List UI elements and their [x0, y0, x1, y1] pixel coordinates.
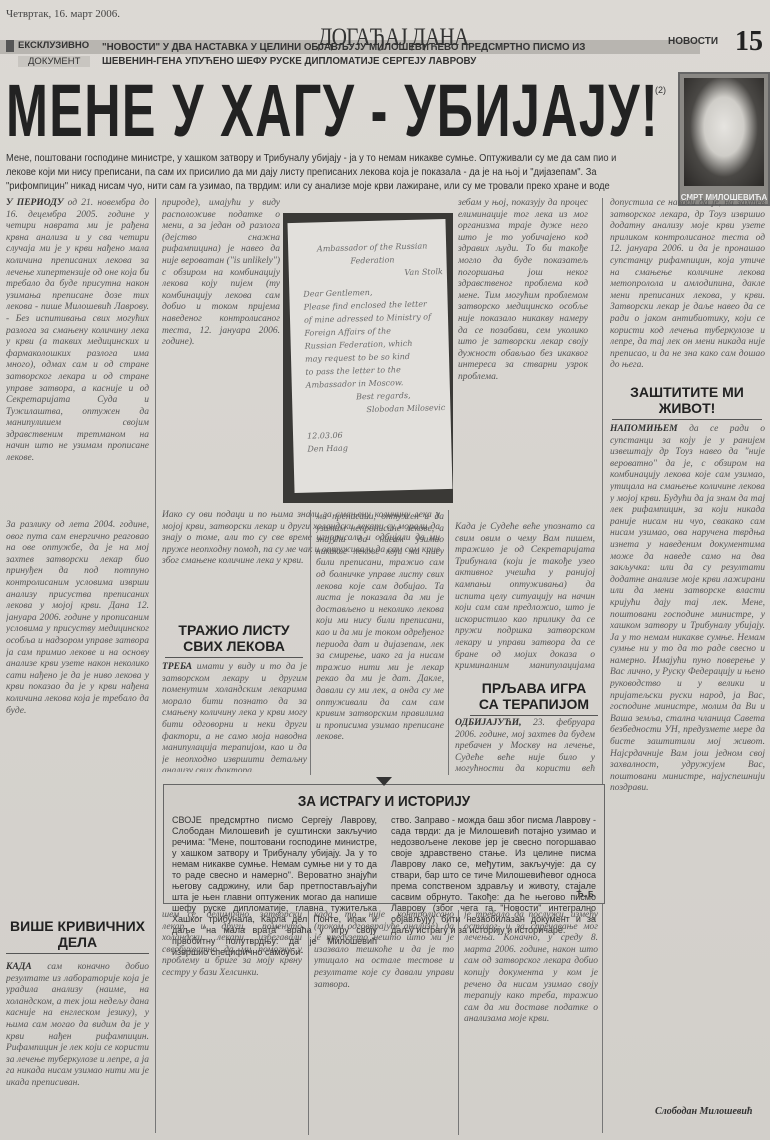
column-2-bottom: ТРЕБА имати у виду и то да је затворском…: [162, 662, 307, 772]
body-text: Када је Судеће веће упознато са свим ови…: [455, 522, 595, 670]
body-text: када то није контролисано (током одговар…: [314, 910, 454, 990]
column-5-bottom: НАПОМИЊЕМ да се ради о супстанци за коју…: [610, 424, 765, 1104]
body-text: имати у виду и то да је затворском лекар…: [162, 662, 307, 772]
dropword: ТРЕБА: [162, 662, 192, 672]
dropword: ОДБИЈАЈУЋИ,: [455, 718, 521, 728]
column-rule: [448, 510, 449, 775]
down-arrow-icon: [376, 777, 392, 786]
portrait-image: [684, 78, 764, 186]
body-text: природе), имајући у виду расположиве под…: [162, 198, 280, 347]
author-signature: Слободан Милошевић: [655, 1106, 753, 1117]
portrait-photo: СМРТ МИЛОШЕВИЋА: [678, 72, 770, 206]
tag-exclusive: ЕКСКЛУЗИВНО: [18, 40, 89, 51]
column-3-top: ми преписани, оптужен и да узимам непроп…: [316, 512, 444, 774]
letter-line: Van Stolk: [303, 265, 443, 282]
body-text: За разлику од лета 2004. године, овог пу…: [6, 520, 149, 716]
column-1-mid: За разлику од лета 2004. године, овог пу…: [6, 520, 149, 900]
column-3-lower: када то није контролисано (током одговар…: [314, 910, 454, 1135]
body-text: сам коначно добио резултате из лаборатор…: [6, 962, 149, 1088]
column-4-top: зебам у њој, показују да процес елиминац…: [458, 198, 588, 520]
subhead-protect-my-life: ЗАШТИТИТЕ МИ ЖИВОТ!: [612, 384, 762, 420]
column-4-mid: Када је Судеће веће упознато са свим ови…: [455, 522, 595, 670]
column-5-top: допустила се наводи да је, на захтев зат…: [610, 198, 765, 376]
column-1-bottom: КАДА сам коначно добио резултате из лабо…: [6, 962, 149, 1132]
headline: МЕНЕ У ХАГУ - УБИЈАЈУ!: [6, 72, 659, 150]
subhead-more-crimes: ВИШЕ КРИВИЧНИХ ДЕЛА: [6, 918, 149, 954]
body-text: допустила се наводи да је, на захтев зат…: [610, 198, 765, 370]
column-rule: [308, 910, 309, 1135]
letter-paper: Ambassador of the Russian Federation Van…: [287, 219, 452, 493]
body-text: зебам у њој, показују да процес елиминац…: [458, 198, 588, 382]
column-rule: [458, 910, 459, 1135]
sidebar-title: ЗА ИСТРАГУ И ИСТОРИЈУ: [186, 793, 582, 810]
column-2-lower: шем се, делимично, затворски лекар и дру…: [162, 910, 302, 1135]
body-text: шем се, делимично, затворски лекар и дру…: [162, 910, 302, 978]
body-text: од 21. новембра до 16. децембра 2005. го…: [6, 198, 149, 463]
subhead-requested-list: ТРАЖИО ЛИСТУ СВИХ ЛЕКОВА: [165, 622, 303, 658]
column-rule: [310, 510, 311, 775]
body-text: је требало да послужи, између осталог, и…: [464, 910, 598, 1024]
subhead-dirty-game: ПРЉАВА ИГРА СА ТЕРАПИЈОМ: [470, 680, 598, 716]
handwritten-letter-photo: Ambassador of the Russian Federation Van…: [283, 213, 453, 503]
tag-document: ДОКУМЕНТ: [18, 56, 90, 67]
dropword: У ПЕРИОДУ: [6, 198, 63, 208]
body-text: да се ради о супстанци за коју је у рани…: [610, 424, 765, 793]
body-text: ми преписани, оптужен и да узимам непроп…: [316, 512, 444, 742]
dateline: Четвртак, 16. март 2006.: [6, 8, 120, 20]
page-number: 15: [735, 26, 763, 58]
kicker: "НОВОСТИ" У ДВА НАСТАВКА У ЦЕЛИНИ ОБЈАВЉ…: [102, 40, 623, 68]
paper-name: НОВОСТИ: [668, 36, 718, 47]
column-rule: [602, 198, 603, 1133]
letter-line: Den Haag: [307, 439, 447, 456]
dropword: НАПОМИЊЕМ: [610, 424, 678, 434]
lead-paragraph: Мене, поштовани господине министре, у ха…: [6, 152, 624, 194]
column-rule: [155, 198, 156, 1133]
column-4-bottom: ОДБИЈАЈУЋИ, 23. фебруара 2006. године, м…: [455, 718, 595, 776]
column-2-top: природе), имајући у виду расположиве под…: [162, 198, 280, 508]
tag-marker-icon: [6, 40, 14, 52]
column-4-lower: је требало да послужи, између осталог, и…: [464, 910, 598, 1135]
column-1-top: У ПЕРИОДУ од 21. новембра до 16. децембр…: [6, 198, 149, 510]
letter-text: Ambassador of the Russian Federation Van…: [302, 239, 448, 456]
sidebar-box: ЗА ИСТРАГУ И ИСТОРИЈУ СВОЈЕ предсмртно п…: [163, 784, 605, 904]
letter-line: Slobodan Milosevic: [306, 401, 446, 418]
sidebar-signature: Ђ. Б.: [577, 890, 597, 899]
dropword: КАДА: [6, 962, 32, 972]
newspaper-page: Четвртак, 16. март 2006. ДОГАЂАЈ ДАНА НО…: [0, 0, 770, 1140]
